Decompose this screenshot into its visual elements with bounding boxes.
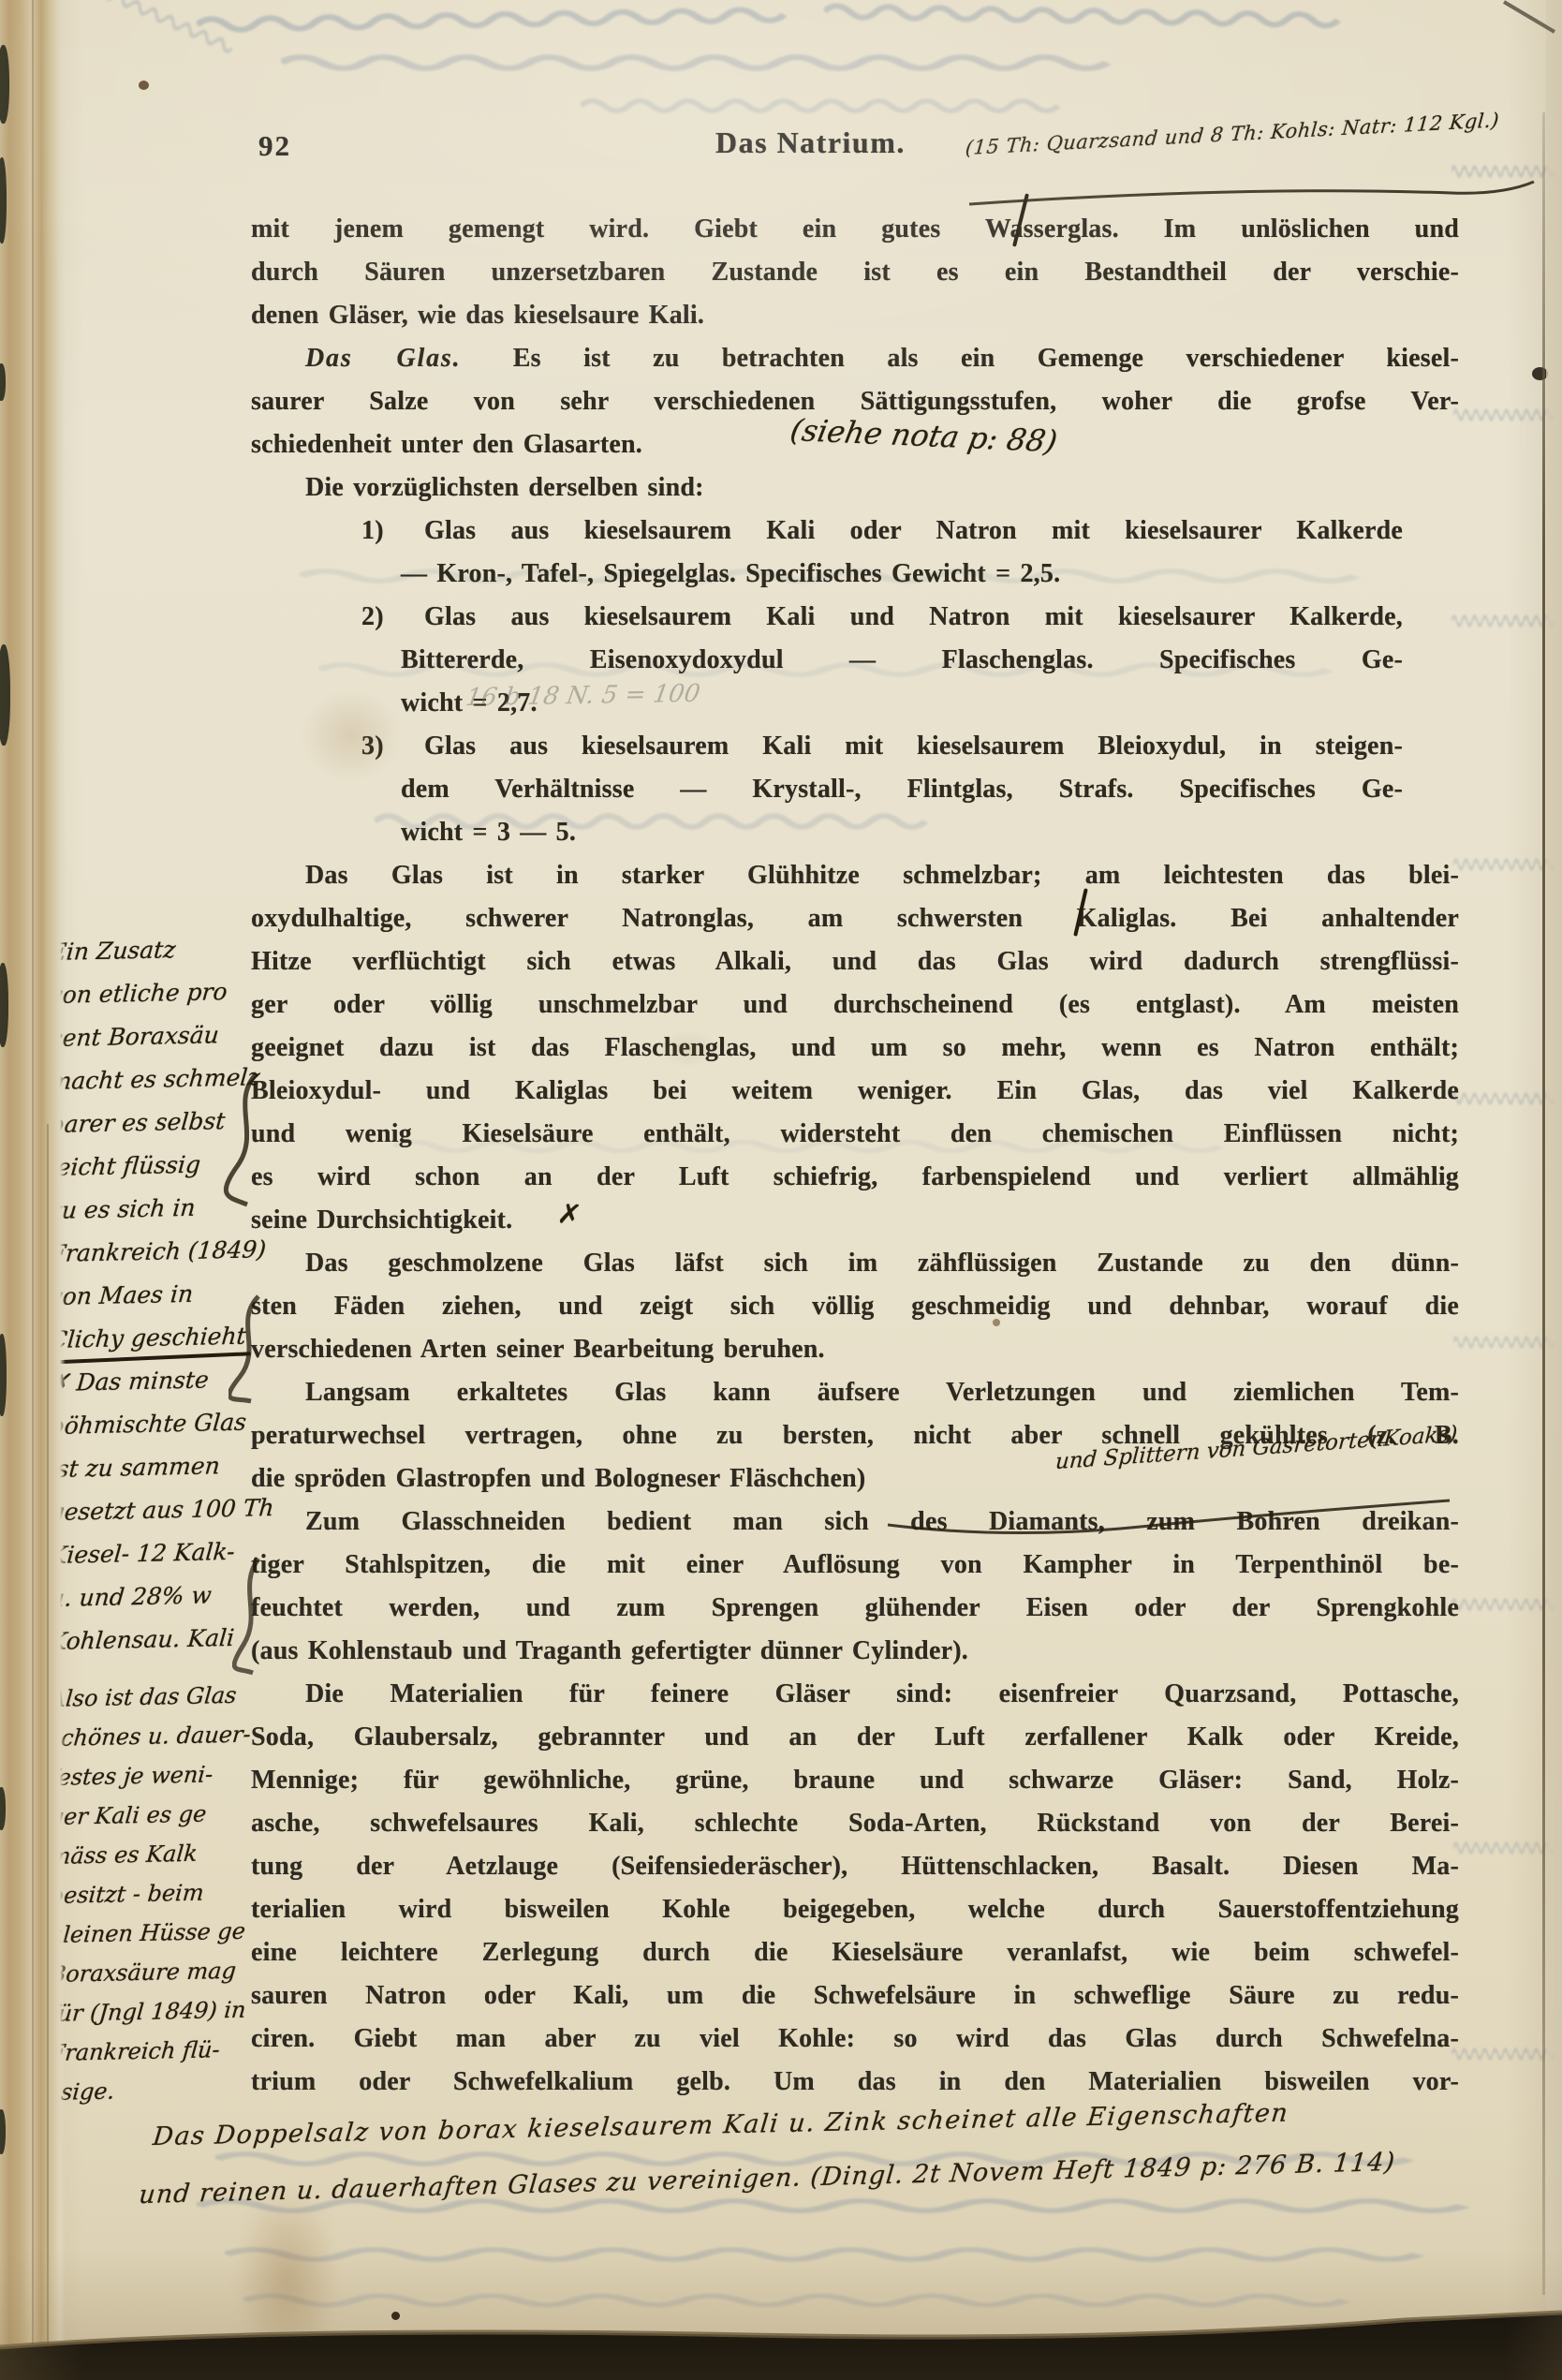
printed-body: mit jenem gemengt wird. Giebt ein gutes … xyxy=(251,208,1459,2104)
page-crease xyxy=(47,1124,49,2380)
handwritten-line: Kohlensau. Kali xyxy=(47,1623,261,1671)
text-line: terialien wird bisweilen Kohle beigegebe… xyxy=(251,1888,1459,1931)
margin-note-block-a: Ein Zusatzvon etliche procent Boraxsäuma… xyxy=(51,939,261,1369)
list-item: 1)Glas aus kieselsaurem Kali oder Natron… xyxy=(401,510,1403,596)
text-line: Soda, Glaubersalz, gebrannter und an der… xyxy=(251,1716,1459,1759)
text-line: Die vorzüglichsten derselben sind: xyxy=(251,466,1459,510)
paragraph: Zum Glasschneiden bedient man sich des D… xyxy=(251,1500,1459,1673)
text-line: Glas aus kieselsaurem Kali und Natron mi… xyxy=(401,596,1403,639)
text-line: tiger Stahlspitzen, die mit einer Auflös… xyxy=(251,1544,1459,1587)
handwritten-line: von Maes in xyxy=(47,1279,261,1326)
paragraph: Das Glas ist in starker Glühhitze schmel… xyxy=(251,854,1459,1242)
text-line: feuchtet werden, und zum Sprengen glühen… xyxy=(251,1587,1459,1630)
text-line: Das Glas ist in starker Glühhitze schmel… xyxy=(251,854,1459,897)
text-line: — Kron-, Tafel-, Spiegelglas. Specifisch… xyxy=(401,553,1403,596)
paragraph: mit jenem gemengt wird. Giebt ein gutes … xyxy=(251,208,1459,337)
handwritten-line: Also ist das Glas xyxy=(47,1681,260,1725)
list-number: 3) xyxy=(361,725,384,768)
scanned-book-page: { "document": { "page_number": "92", "ru… xyxy=(0,0,1562,2380)
text-line: wicht = 3 — 5. xyxy=(401,811,1403,854)
scan-bottom-edge xyxy=(0,2305,1562,2380)
handwritten-line: Boraxsäure mag xyxy=(47,1957,260,2001)
handwritten-line: ✗ Das minste xyxy=(47,1365,261,1412)
handwritten-pencil-note: 16 b 18 N. 5 = 100 xyxy=(464,680,701,712)
text-line: durch Säuren unzersetzbaren Zustande ist… xyxy=(251,251,1459,294)
text-line: Die Materialien für feinere Gläser sind:… xyxy=(251,1673,1459,1716)
handwritten-line: böhmischte Glas xyxy=(47,1408,261,1456)
paragraph: Die Materialien für feinere Gläser sind:… xyxy=(251,1673,1459,2104)
text-line: sauren Natron oder Kali, um die Schwefel… xyxy=(251,1974,1459,2018)
text-line: verschiedenen Arten seiner Bearbeitung b… xyxy=(251,1328,1459,1371)
binding-shadow xyxy=(0,45,9,124)
handwritten-line: Kiesel- 12 Kalk- xyxy=(47,1537,261,1585)
handwritten-line: Frankreich (1849) xyxy=(47,1235,261,1283)
handwritten-line: Frankreich flü- xyxy=(47,2035,260,2079)
text-line: Hitze verflüchtigt sich etwas Alkali, un… xyxy=(251,940,1459,983)
handwritten-x-mark: ✗ xyxy=(555,1197,583,1233)
text-line: Das Glas. Es ist zu betrachten als ein G… xyxy=(251,337,1459,380)
handwritten-line: leicht flüssig xyxy=(47,1149,261,1197)
text-line: Langsam erkaltetes Glas kann äufsere Ver… xyxy=(251,1371,1459,1414)
page-edge-line xyxy=(1542,112,1545,2295)
list-number: 1) xyxy=(361,510,384,553)
handwritten-line: u. und 28% w xyxy=(47,1580,261,1628)
text-line: dem Verhältnisse — Krystall-, Flintglas,… xyxy=(401,768,1403,811)
text-line: sten Fäden ziehen, und zeigt sich völlig… xyxy=(251,1285,1459,1328)
text-line: ger oder völlig unschmelzbar und durchsc… xyxy=(251,983,1459,1027)
handwritten-line: ssige. xyxy=(47,2075,260,2119)
text-line: (aus Kohlenstaub und Traganth gefertigte… xyxy=(251,1630,1459,1673)
list-number: 2) xyxy=(361,596,384,639)
handwritten-line: gesetzt aus 100 Th xyxy=(47,1494,261,1542)
handwritten-line: Ein Zusatz xyxy=(47,934,261,982)
text-line: Glas aus kieselsaurem Kali mit kieselsau… xyxy=(401,725,1403,768)
handwritten-line: kleinen Hüsse ge xyxy=(47,1917,260,1961)
text-line: Mennige; für gewöhnliche, grüne, braune … xyxy=(251,1759,1459,1802)
text-line: und wenig Kieselsäure enthält, widersteh… xyxy=(251,1113,1459,1156)
margin-note-block-c: Also ist das Glasschönes u. dauer-festes… xyxy=(51,1686,261,2119)
text-line: tung der Aetzlauge (Seifensiederäscher),… xyxy=(251,1845,1459,1888)
list-item: 3)Glas aus kieselsaurem Kali mit kiesels… xyxy=(401,725,1403,854)
text-line: oxydulhaltige, schwerer Natronglas, am s… xyxy=(251,897,1459,940)
running-header: Das Natrium. xyxy=(715,126,906,160)
handwritten-line: cent Boraxsäu xyxy=(47,1020,261,1068)
text-line: Bittererde, Eisenoxydoxydul — Flaschengl… xyxy=(401,639,1403,682)
binding-shadow xyxy=(0,644,10,746)
paragraph-lead: Das Glas. xyxy=(305,344,461,373)
page-number: 92 xyxy=(258,129,291,163)
text-line: geeignet dazu ist das Flaschenglas, und … xyxy=(251,1027,1459,1070)
handwritten-line: ist zu sammen xyxy=(47,1451,261,1499)
text-line: Bleioxydul- und Kaliglas bei weitem weni… xyxy=(251,1070,1459,1113)
handwritten-line: festes je weni- xyxy=(47,1760,260,1804)
text-line: es wird schon an der Luft schiefrig, far… xyxy=(251,1156,1459,1199)
paragraph: Das geschmolzene Glas läfst sich im zähf… xyxy=(251,1242,1459,1371)
handwritten-line: schönes u. dauer- xyxy=(47,1721,260,1765)
page-crease xyxy=(32,0,34,2380)
paragraph: Die vorzüglichsten derselben sind: xyxy=(251,466,1459,510)
margin-note-block-b: ✗ Das minsteböhmischte Glasist zu sammen… xyxy=(51,1369,261,1671)
text-line: eine leichtere Zerlegung durch die Kiese… xyxy=(251,1931,1459,1974)
text-line: Zum Glasschneiden bedient man sich des D… xyxy=(251,1500,1459,1544)
text-line: asche, schwefelsaures Kali, schlechte So… xyxy=(251,1802,1459,1845)
page-edge-strip xyxy=(1546,0,1562,2380)
text-line: ciren. Giebt man aber zu viel Kohle: so … xyxy=(251,2018,1459,2061)
handwritten-line: besitzt - beim xyxy=(47,1878,260,1922)
handwritten-line: macht es schmelz xyxy=(47,1063,261,1111)
text-line: denen Gläser, wie das kieselsaure Kali. xyxy=(251,294,1459,337)
handwritten-line: für (Jngl 1849) in xyxy=(47,1996,260,2040)
handwritten-line: ger Kali es ge xyxy=(47,1799,260,1843)
text-line: Das geschmolzene Glas läfst sich im zähf… xyxy=(251,1242,1459,1285)
handwritten-line: barer es selbst xyxy=(47,1106,261,1154)
handwritten-line: zu es sich in xyxy=(47,1192,261,1240)
handwritten-line: mäss es Kalk xyxy=(47,1839,260,1883)
text-line: trium oder Schwefelkalium gelb. Um das i… xyxy=(251,2061,1459,2104)
text-line: seine Durchsichtigkeit. xyxy=(251,1199,1459,1242)
text-line: Glas aus kieselsaurem Kali oder Natron m… xyxy=(401,510,1403,553)
handwritten-line: von etliche pro xyxy=(47,977,261,1025)
text-line: die spröden Glastropfen und Bologneser F… xyxy=(251,1457,1459,1500)
text-line: mit jenem gemengt wird. Giebt ein gutes … xyxy=(251,208,1459,251)
